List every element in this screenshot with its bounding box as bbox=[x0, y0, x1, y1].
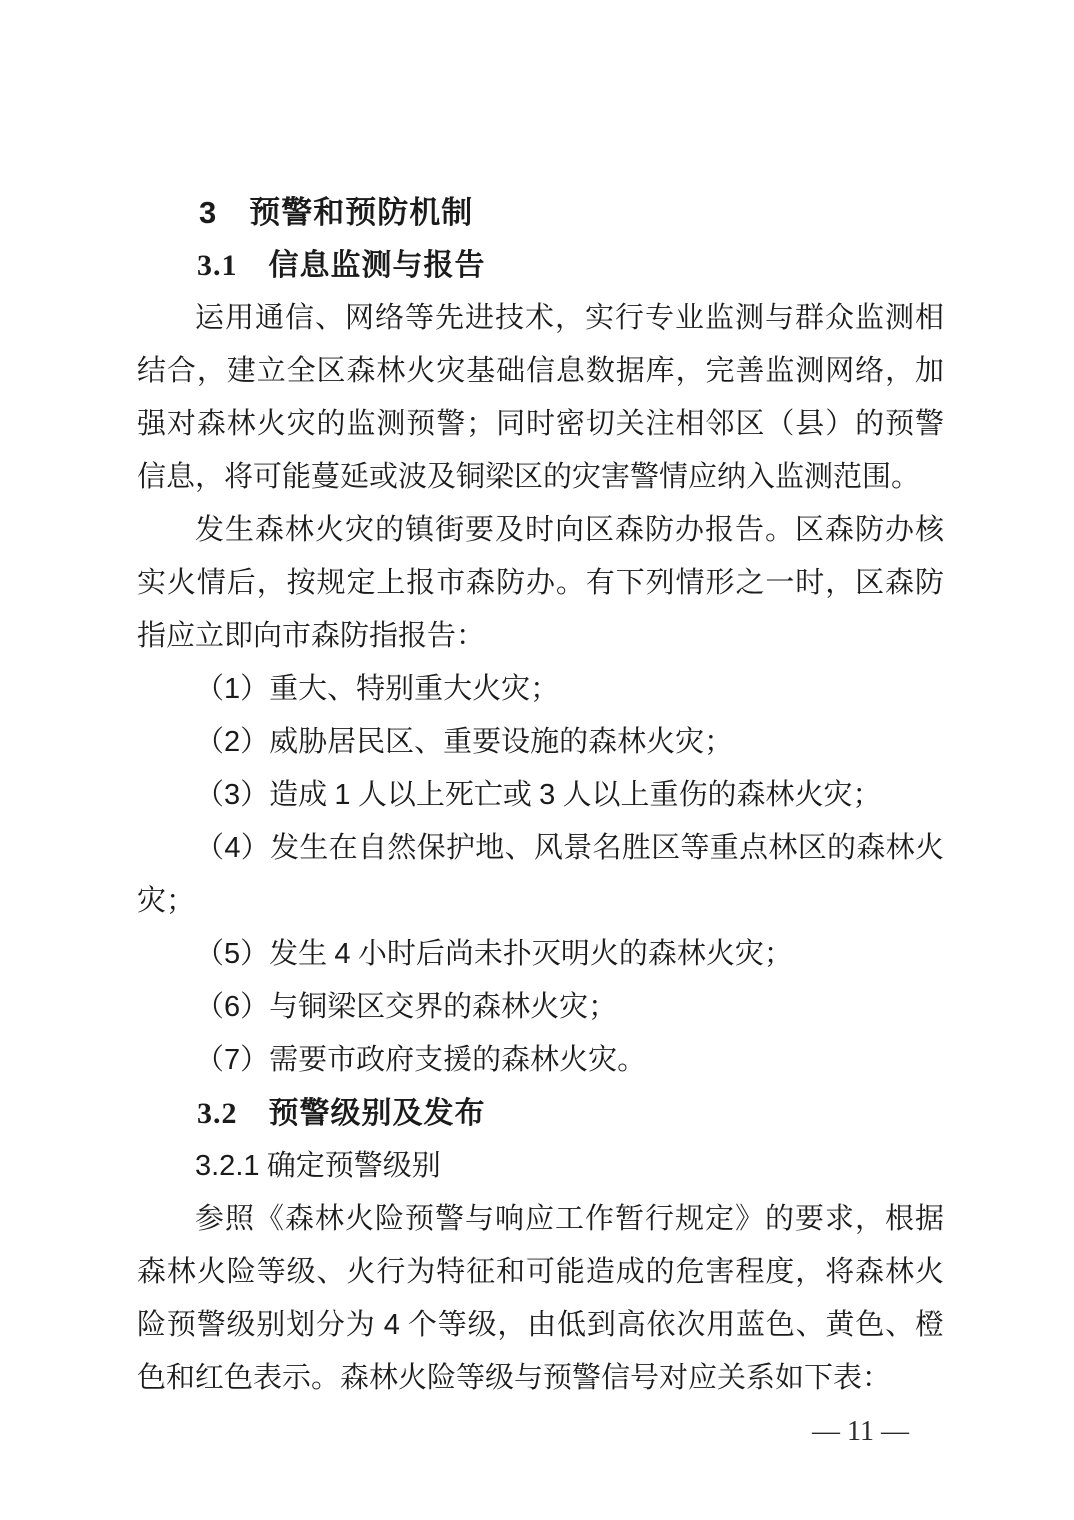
list-item-report-condition-4: （4）发生在自然保护地、风景名胜区等重点林区的森林火灾； bbox=[137, 822, 944, 928]
section-heading-3-2: 3.2 预警级别及发布 bbox=[137, 1087, 944, 1140]
list-item-report-condition-7: （7）需要市政府支援的森林火灾。 bbox=[137, 1034, 944, 1087]
list-item-report-condition-6: （6）与铜梁区交界的森林火灾； bbox=[137, 981, 944, 1034]
document-page: 3 预警和预防机制 3.1 信息监测与报告 运用通信、网络等先进技术，实行专业监… bbox=[0, 0, 1074, 1520]
list-item-report-condition-1: （1）重大、特别重大火灾； bbox=[137, 663, 944, 716]
section-heading-3-2-1: 3.2.1 确定预警级别 bbox=[137, 1140, 944, 1193]
page-number: — 11 — bbox=[137, 1405, 944, 1458]
section-heading-3-1: 3.1 信息监测与报告 bbox=[137, 239, 944, 292]
list-item-report-condition-3: （3）造成 1 人以上死亡或 3 人以上重伤的森林火灾； bbox=[137, 769, 944, 822]
paragraph-warning-levels: 参照《森林火险预警与响应工作暂行规定》的要求，根据森林火险等级、火行为特征和可能… bbox=[137, 1193, 944, 1405]
paragraph-reporting: 发生森林火灾的镇街要及时向区森防办报告。区森防办核实火情后，按规定上报市森防办。… bbox=[137, 504, 944, 663]
paragraph-monitoring: 运用通信、网络等先进技术，实行专业监测与群众监测相结合，建立全区森林火灾基础信息… bbox=[137, 292, 944, 504]
list-item-report-condition-2: （2）威胁居民区、重要设施的森林火灾； bbox=[137, 716, 944, 769]
list-item-report-condition-5: （5）发生 4 小时后尚未扑灭明火的森林火灾； bbox=[137, 928, 944, 981]
chapter-heading: 3 预警和预防机制 bbox=[137, 186, 944, 239]
